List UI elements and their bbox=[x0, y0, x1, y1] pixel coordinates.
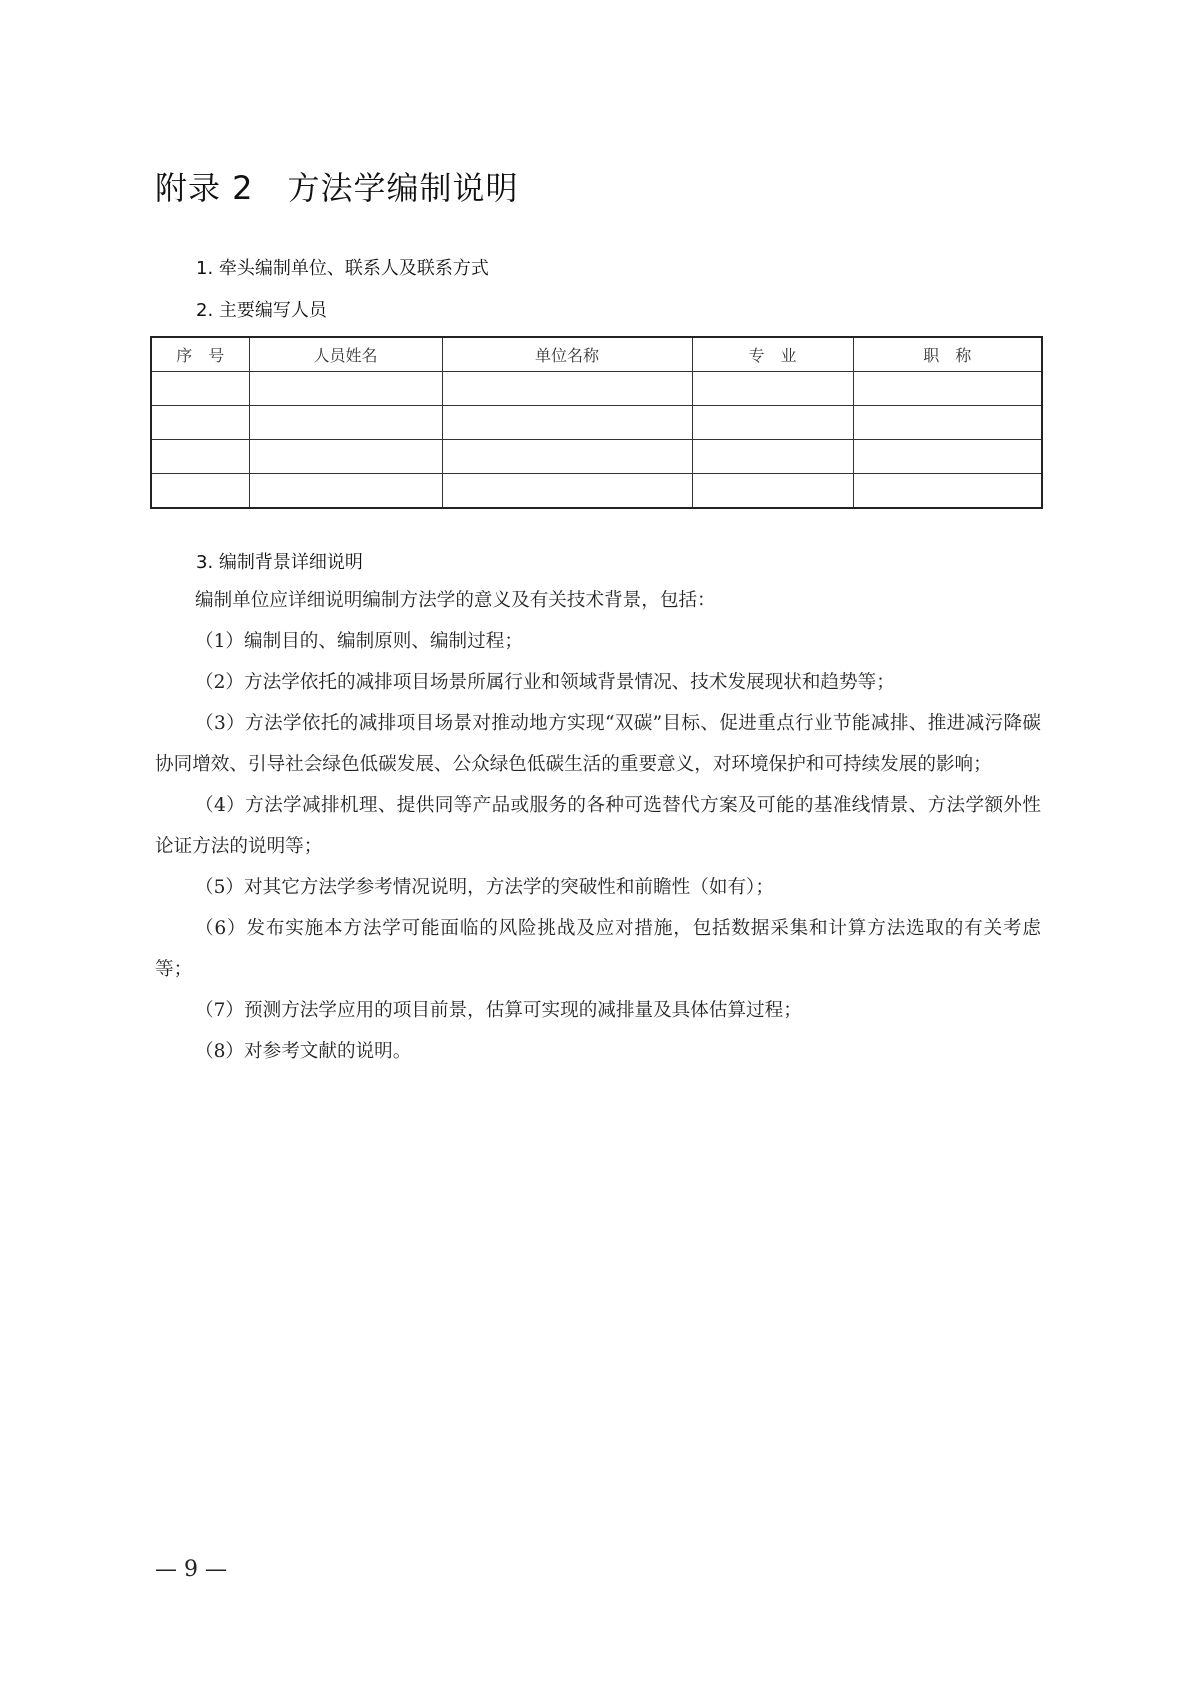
column-header-title: 职 称 bbox=[853, 337, 1042, 372]
table-cell bbox=[442, 372, 692, 406]
page-number: — 9 — bbox=[155, 1555, 227, 1585]
table-cell bbox=[151, 474, 249, 509]
table-cell bbox=[692, 474, 853, 509]
table-row bbox=[151, 440, 1042, 474]
table-cell bbox=[853, 372, 1042, 406]
table-cell bbox=[151, 406, 249, 440]
background-item-5: （5）对其它方法学参考情况说明，方法学的突破性和前瞻性（如有）； bbox=[155, 867, 1041, 908]
table-cell bbox=[442, 474, 692, 509]
column-header-index: 序 号 bbox=[151, 337, 249, 372]
background-item-1: （1）编制目的、编制原则、编制过程； bbox=[155, 621, 1041, 662]
section-heading-lead-unit: 1. 牵头编制单位、联系人及联系方式 bbox=[196, 256, 489, 282]
background-item-2: （2）方法学依托的减排项目场景所属行业和领域背景情况、技术发展现状和趋势等； bbox=[155, 662, 1041, 703]
background-item-3: （3）方法学依托的减排项目场景对推动地方实现“双碳”目标、促进重点行业节能减排、… bbox=[155, 703, 1041, 785]
appendix-label: 附录 2 bbox=[155, 169, 254, 207]
table-row bbox=[151, 474, 1042, 509]
table-header-row: 序 号 人员姓名 单位名称 专 业 职 称 bbox=[151, 337, 1042, 372]
background-item-6: （6）发布实施本方法学可能面临的风险挑战及应对措施，包括数据采集和计算方法选取的… bbox=[155, 908, 1041, 990]
staff-table: 序 号 人员姓名 单位名称 专 业 职 称 bbox=[150, 336, 1043, 509]
table-cell bbox=[151, 372, 249, 406]
table-cell bbox=[853, 440, 1042, 474]
column-header-name: 人员姓名 bbox=[249, 337, 442, 372]
column-header-specialty: 专 业 bbox=[692, 337, 853, 372]
appendix-title: 方法学编制说明 bbox=[288, 169, 519, 207]
table-row bbox=[151, 372, 1042, 406]
table-cell bbox=[442, 406, 692, 440]
table-cell bbox=[151, 440, 249, 474]
table-cell bbox=[249, 440, 442, 474]
table-cell bbox=[853, 474, 1042, 509]
table-cell bbox=[249, 406, 442, 440]
table-cell bbox=[692, 440, 853, 474]
table-cell bbox=[442, 440, 692, 474]
table-cell bbox=[692, 406, 853, 440]
table-cell bbox=[249, 372, 442, 406]
background-intro: 编制单位应详细说明编制方法学的意义及有关技术背景，包括： bbox=[155, 580, 1041, 621]
background-item-8: （8）对参考文献的说明。 bbox=[155, 1031, 1041, 1072]
column-header-unit: 单位名称 bbox=[442, 337, 692, 372]
background-item-7: （7）预测方法学应用的项目前景，估算可实现的减排量及具体估算过程； bbox=[155, 990, 1041, 1031]
section-heading-main-authors: 2. 主要编写人员 bbox=[196, 298, 327, 324]
table-cell bbox=[853, 406, 1042, 440]
background-body: 编制单位应详细说明编制方法学的意义及有关技术背景，包括： （1）编制目的、编制原… bbox=[155, 580, 1041, 1072]
table-cell bbox=[692, 372, 853, 406]
section-heading-background: 3. 编制背景详细说明 bbox=[196, 550, 363, 576]
table-cell bbox=[249, 474, 442, 509]
page-title: 附录 2方法学编制说明 bbox=[155, 166, 519, 210]
background-item-4: （4）方法学减排机理、提供同等产品或服务的各种可选替代方案及可能的基准线情景、方… bbox=[155, 785, 1041, 867]
table-row bbox=[151, 406, 1042, 440]
